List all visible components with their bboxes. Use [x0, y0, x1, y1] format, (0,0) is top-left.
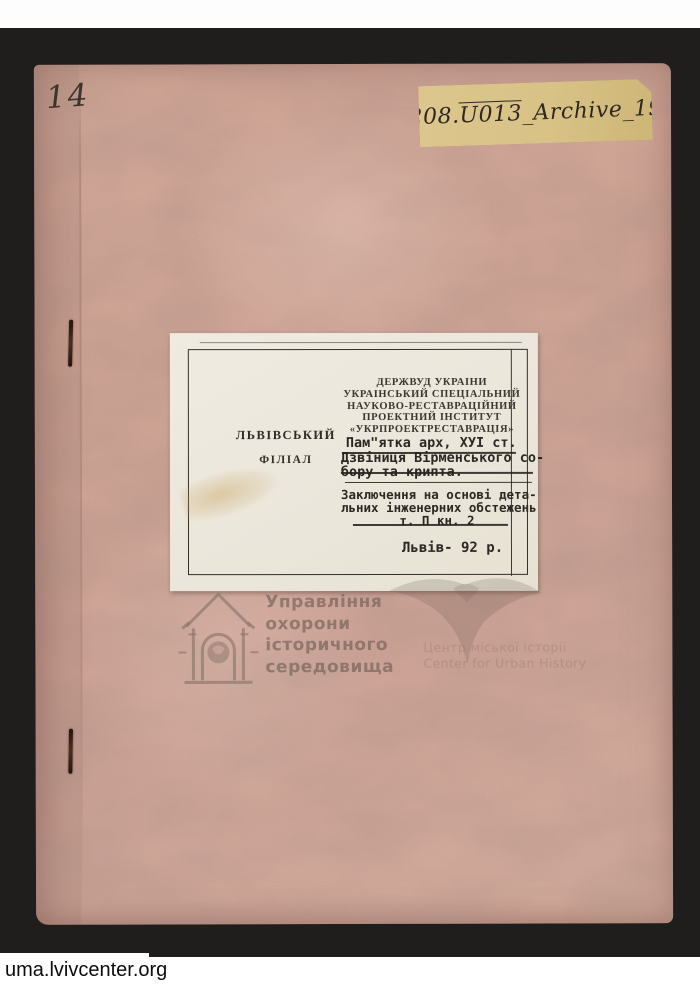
- volume-underline-rule: [353, 524, 508, 526]
- spine-fold-zone: [34, 65, 81, 925]
- heritage-text-line: історичного: [265, 635, 394, 657]
- typed-title-label: ДЕРЖВУД УКРАІНИ УКРАІНСЬКИЙ СПЕЦІАЛЬНИЙ …: [170, 333, 538, 591]
- urban-history-watermark-text: Центр міської історії Center for Urban H…: [423, 639, 586, 671]
- folder-cover: 14 2208.U013_Archive_197 ДЕРЖВУД УКРАІНИ…: [34, 63, 673, 925]
- scanned-archive-cover-photo: 14 2208.U013_Archive_197 ДЕРЖВУД УКРАІНИ…: [0, 0, 700, 990]
- archive-code-text: 2208.U013_Archive_197: [393, 95, 677, 131]
- archive-code-overlined: U013: [459, 100, 523, 128]
- heritage-office-watermark-text: Управління охорони історичного середовищ…: [265, 592, 394, 678]
- urban-history-text-line: Центр міської історії: [423, 639, 586, 655]
- site-caption: uma.lvivcenter.org: [5, 959, 167, 982]
- staple-bottom: [68, 729, 73, 774]
- underline-rule: [342, 452, 516, 454]
- institute-line: ПРОЕКТНИЙ ІНСТИТУТ: [338, 412, 526, 424]
- separator-rule: [345, 482, 532, 484]
- heritage-text-line: охорони: [265, 613, 394, 635]
- institute-line: УКРАІНСЬКИЙ СПЕЦІАЛЬНИЙ: [338, 389, 526, 401]
- conclusion-line3: т. П кн. 2: [341, 513, 533, 528]
- heritage-text-line: середовища: [265, 656, 394, 678]
- archive-sticky-note: 2208.U013_Archive_197: [418, 79, 653, 147]
- scan-margin-top: [0, 0, 700, 28]
- branch-name-line2: ФІЛІАЛ: [222, 454, 350, 466]
- institute-line: ДЕРЖВУД УКРАІНИ: [338, 377, 526, 389]
- institute-line: НАУКОВО-РЕСТАВРАЦІЙНИЙ: [338, 400, 526, 412]
- label-frame-top-line: [200, 342, 522, 343]
- handwritten-page-number: 14: [45, 77, 91, 116]
- branch-name-line1: ЛЬВІВСЬКИЙ: [222, 428, 350, 443]
- heritage-text-line: Управління: [265, 592, 394, 614]
- place-year-line: Львів- 92 р.: [402, 540, 503, 556]
- urban-history-text-line: Center for Urban History: [423, 655, 586, 671]
- heritage-tower-logo-icon: [176, 588, 260, 690]
- institute-name-block: ДЕРЖВУД УКРАІНИ УКРАІНСЬКИЙ СПЕЦІАЛЬНИЙ …: [338, 377, 526, 436]
- strikethrough-rule: [341, 472, 533, 474]
